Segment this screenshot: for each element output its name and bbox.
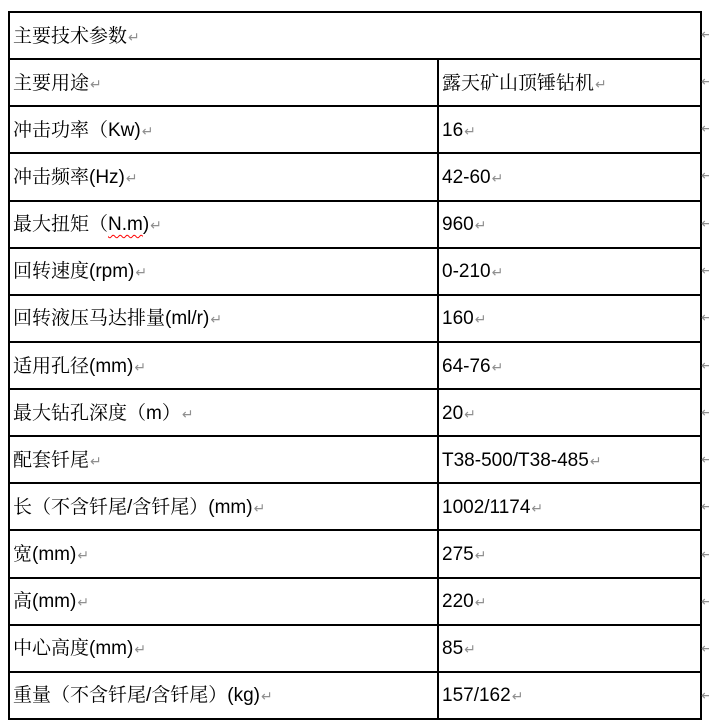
- param-value: 16: [442, 120, 463, 141]
- param-label: 宽(mm): [13, 544, 76, 565]
- end-of-cell-mark-icon: ↵: [210, 312, 222, 328]
- param-value-cell[interactable]: 960↵: [438, 201, 701, 248]
- param-label-cell[interactable]: 回转液压马达排量(ml/r)↵: [9, 295, 438, 342]
- param-value-cell[interactable]: 160↵: [438, 295, 701, 342]
- end-of-row-mark-icon: ↵: [701, 310, 709, 326]
- table-row: 最大扭矩（N.m)↵960↵: [9, 201, 701, 248]
- param-label: 长（不含钎尾/含钎尾）(mm): [13, 497, 253, 518]
- end-of-cell-mark-icon: ↵: [134, 642, 146, 658]
- table-row: 中心高度(mm)↵85↵: [9, 625, 701, 672]
- param-label-cell[interactable]: 冲击功率（Kw)↵: [9, 106, 438, 153]
- end-of-row-mark-icon: ↵: [701, 121, 709, 137]
- param-label: 主要用途: [13, 73, 89, 94]
- param-label: 中心高度(mm): [13, 638, 133, 659]
- end-of-cell-mark-icon: ↵: [512, 689, 524, 705]
- table-row: 适用孔径(mm)↵64-76↵: [9, 342, 701, 389]
- end-of-row-mark-icon: ↵: [701, 74, 709, 90]
- end-of-cell-mark-icon: ↵: [464, 407, 476, 423]
- end-of-row-mark-icon: ↵: [701, 641, 709, 657]
- end-of-cell-mark-icon: ↵: [475, 312, 487, 328]
- end-of-row-mark-icon: ↵: [701, 168, 709, 184]
- param-label-cell[interactable]: 宽(mm)↵: [9, 530, 438, 577]
- table-title: 主要技术参数: [13, 26, 127, 47]
- end-of-cell-mark-icon: ↵: [126, 171, 138, 187]
- param-label-cell[interactable]: 最大钻孔深度（m）↵: [9, 389, 438, 436]
- param-value: 220: [442, 591, 474, 612]
- end-of-cell-mark-icon: ↵: [77, 548, 89, 564]
- param-value: 1002/1174: [442, 497, 530, 518]
- end-of-row-mark-icon: ↵: [701, 263, 709, 279]
- param-value: 85: [442, 638, 463, 659]
- misspelled-text: N.m: [108, 214, 143, 235]
- param-value: 64-76: [442, 356, 491, 377]
- end-of-cell-mark-icon: ↵: [182, 407, 194, 423]
- table-title-cell[interactable]: 主要技术参数↵: [9, 12, 701, 59]
- end-of-cell-mark-icon: ↵: [475, 218, 487, 234]
- end-of-cell-mark-icon: ↵: [492, 360, 504, 376]
- param-label-cell[interactable]: 回转速度(rpm)↵: [9, 248, 438, 295]
- param-value-cell[interactable]: 1002/1174↵: [438, 483, 701, 530]
- table-row: 回转液压马达排量(ml/r)↵160↵: [9, 295, 701, 342]
- param-value: 275: [442, 544, 474, 565]
- end-of-cell-mark-icon: ↵: [475, 595, 487, 611]
- param-label-cell[interactable]: 中心高度(mm)↵: [9, 625, 438, 672]
- param-value-cell[interactable]: 157/162↵: [438, 672, 701, 719]
- spec-table: 主要技术参数↵ 主要用途↵露天矿山顶锤钻机↵冲击功率（Kw)↵16↵冲击频率(H…: [8, 11, 702, 720]
- param-label: 适用孔径(mm): [13, 356, 133, 377]
- end-of-cell-mark-icon: ↵: [135, 265, 147, 281]
- param-value: 160: [442, 308, 474, 329]
- param-value-cell[interactable]: 20↵: [438, 389, 701, 436]
- param-value-cell[interactable]: 220↵: [438, 578, 701, 625]
- end-of-cell-mark-icon: ↵: [595, 77, 607, 93]
- end-of-cell-mark-icon: ↵: [90, 77, 102, 93]
- param-value: 157/162: [442, 685, 511, 706]
- param-label: 冲击频率(Hz): [13, 167, 125, 188]
- end-of-row-mark-icon: ↵: [701, 452, 709, 468]
- table-row: 长（不含钎尾/含钎尾）(mm)↵1002/1174↵: [9, 483, 701, 530]
- end-of-cell-mark-icon: ↵: [464, 124, 476, 140]
- end-of-cell-mark-icon: ↵: [492, 265, 504, 281]
- table-row: 配套钎尾↵T38-500/T38-485↵: [9, 436, 701, 483]
- param-label-cell[interactable]: 重量（不含钎尾/含钎尾）(kg)↵: [9, 672, 438, 719]
- end-of-cell-mark-icon: ↵: [261, 689, 273, 705]
- end-of-cell-mark-icon: ↵: [590, 454, 602, 470]
- param-value: 0-210: [442, 261, 491, 282]
- param-value-cell[interactable]: 275↵: [438, 530, 701, 577]
- param-label: 配套钎尾: [13, 450, 89, 471]
- param-value-cell[interactable]: 0-210↵: [438, 248, 701, 295]
- param-label-cell[interactable]: 高(mm)↵: [9, 578, 438, 625]
- end-of-row-mark-icon: ↵: [701, 594, 709, 610]
- param-label: 最大扭矩（: [13, 214, 108, 235]
- end-of-row-mark-icon: ↵: [701, 547, 709, 563]
- param-label-cell[interactable]: 最大扭矩（N.m)↵: [9, 201, 438, 248]
- end-of-cell-mark-icon: ↵: [128, 30, 140, 46]
- end-of-cell-mark-icon: ↵: [77, 595, 89, 611]
- end-of-row-mark-icon: ↵: [701, 27, 709, 43]
- param-value: 20: [442, 403, 463, 424]
- end-of-row-mark-icon: ↵: [701, 405, 709, 421]
- param-label: ): [143, 214, 149, 235]
- end-of-row-mark-icon: ↵: [701, 358, 709, 374]
- param-label: 回转液压马达排量(ml/r): [13, 308, 209, 329]
- table-row: 宽(mm)↵275↵: [9, 530, 701, 577]
- end-of-cell-mark-icon: ↵: [492, 171, 504, 187]
- end-of-cell-mark-icon: ↵: [475, 548, 487, 564]
- end-of-row-mark-icon: ↵: [701, 499, 709, 515]
- param-value: 露天矿山顶锤钻机: [442, 73, 594, 94]
- param-label-cell[interactable]: 配套钎尾↵: [9, 436, 438, 483]
- param-label: 最大钻孔深度（m）: [13, 403, 181, 424]
- table-row: 高(mm)↵220↵: [9, 578, 701, 625]
- end-of-row-mark-icon: ↵: [701, 216, 709, 232]
- table-row: 冲击功率（Kw)↵16↵: [9, 106, 701, 153]
- document-page: 主要技术参数↵ 主要用途↵露天矿山顶锤钻机↵冲击功率（Kw)↵16↵冲击频率(H…: [0, 0, 709, 726]
- param-value: 42-60: [442, 167, 491, 188]
- end-of-cell-mark-icon: ↵: [142, 124, 154, 140]
- param-label: 重量（不含钎尾/含钎尾）(kg): [13, 685, 260, 706]
- table-row: 冲击频率(Hz)↵42-60↵: [9, 153, 701, 200]
- param-value-cell[interactable]: 露天矿山顶锤钻机↵: [438, 59, 701, 106]
- param-value-cell[interactable]: T38-500/T38-485↵: [438, 436, 701, 483]
- param-value: T38-500/T38-485: [442, 450, 589, 471]
- end-of-cell-mark-icon: ↵: [254, 501, 266, 517]
- end-of-cell-mark-icon: ↵: [464, 642, 476, 658]
- param-value-cell[interactable]: 16↵: [438, 106, 701, 153]
- param-label-cell[interactable]: 适用孔径(mm)↵: [9, 342, 438, 389]
- table-row: 主要用途↵露天矿山顶锤钻机↵: [9, 59, 701, 106]
- end-of-cell-mark-icon: ↵: [531, 501, 543, 517]
- param-value-cell[interactable]: 85↵: [438, 625, 701, 672]
- param-value: 960: [442, 214, 474, 235]
- param-label-cell[interactable]: 长（不含钎尾/含钎尾）(mm)↵: [9, 483, 438, 530]
- param-label-cell[interactable]: 冲击频率(Hz)↵: [9, 153, 438, 200]
- table-row: 重量（不含钎尾/含钎尾）(kg)↵157/162↵: [9, 672, 701, 719]
- param-value-cell[interactable]: 42-60↵: [438, 153, 701, 200]
- end-of-cell-mark-icon: ↵: [90, 454, 102, 470]
- param-label-cell[interactable]: 主要用途↵: [9, 59, 438, 106]
- param-label: 高(mm): [13, 591, 76, 612]
- param-label: 回转速度(rpm): [13, 261, 134, 282]
- end-of-cell-mark-icon: ↵: [150, 218, 162, 234]
- param-label: 冲击功率（Kw): [13, 120, 141, 141]
- end-of-row-mark-icon: ↵: [701, 688, 709, 704]
- end-of-cell-mark-icon: ↵: [134, 360, 146, 376]
- table-row: 回转速度(rpm)↵0-210↵: [9, 248, 701, 295]
- param-value-cell[interactable]: 64-76↵: [438, 342, 701, 389]
- table-header-row: 主要技术参数↵: [9, 12, 701, 59]
- table-row: 最大钻孔深度（m）↵20↵: [9, 389, 701, 436]
